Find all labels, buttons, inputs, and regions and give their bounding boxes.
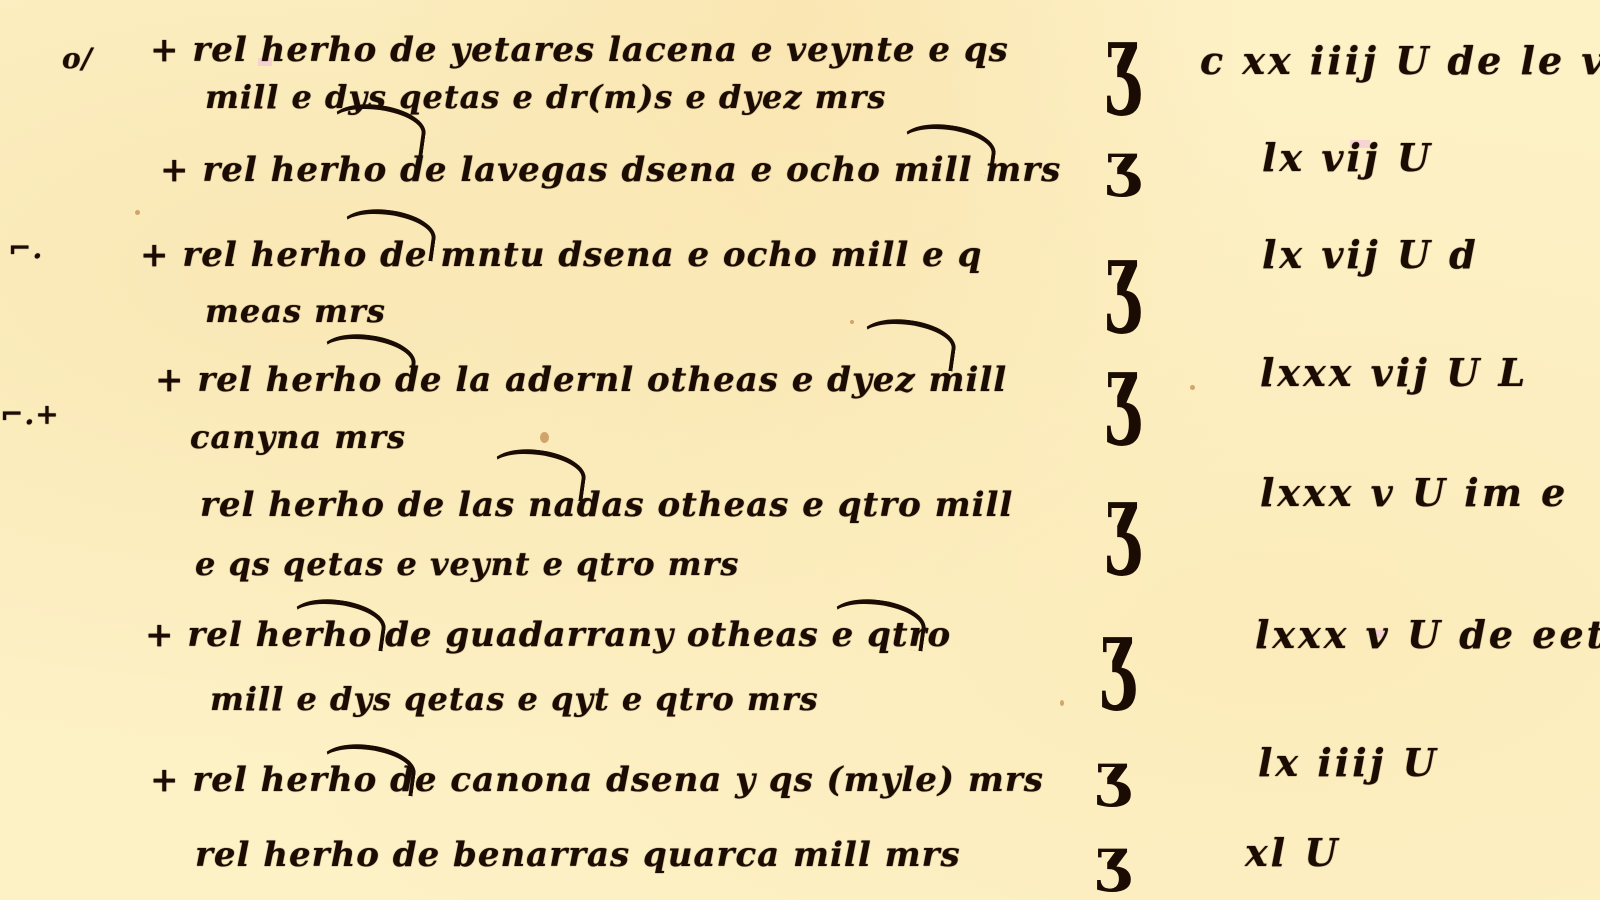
entry-amount: lx iiij U — [1258, 740, 1439, 785]
entry-line: e qs qetas e veynt e qtro mrs — [195, 545, 739, 583]
entry-line: + rel herho de mntu dsena e ocho mill e … — [140, 235, 982, 275]
entry-amount: c xx iiij U de le v — [1200, 38, 1600, 83]
entry-amount: lx vij U d — [1262, 232, 1479, 277]
entry-amount: lxxx vij U L — [1260, 350, 1528, 395]
margin-note: ⌐.+ — [0, 398, 60, 431]
brace-mark: ʒ — [1100, 605, 1134, 707]
brace-mark: ʒ — [1105, 340, 1139, 442]
margin-note: o/ — [62, 42, 93, 75]
brace-mark: ʒ — [1105, 228, 1139, 330]
margin-note: ⌐. — [8, 232, 43, 265]
ink-speck — [135, 210, 140, 215]
entry-amount: lx vij U — [1262, 135, 1433, 180]
ink-speck — [1190, 385, 1195, 390]
entry-line: + rel herho de canona dsena y qs (myle) … — [150, 760, 1044, 800]
entry-line: + rel herho de yetares lacena e veynte e… — [150, 30, 1009, 70]
entry-amount: lxxx v U im e — [1260, 470, 1568, 515]
entry-line: mill e dys qetas e dr(m)s e dyez mrs — [205, 78, 886, 116]
ink-speck — [850, 320, 854, 324]
ink-speck — [540, 432, 549, 443]
entry-line: + rel herho de la adernl otheas e dyez m… — [155, 360, 1007, 400]
entry-line: mill e dys qetas e qyt e qtro mrs — [210, 680, 819, 718]
entry-line: meas mrs — [205, 292, 386, 330]
brace-mark: ʒ — [1105, 10, 1139, 112]
entry-amount: lxxx v U de eet — [1255, 612, 1600, 657]
entry-line: canyna mrs — [190, 418, 406, 456]
brace-mark: ʒ — [1105, 470, 1139, 572]
entry-line: rel herho de benarras quarca mill mrs — [195, 835, 961, 875]
brace-mark: ʒ — [1105, 135, 1139, 195]
brace-mark: ʒ — [1095, 745, 1129, 805]
manuscript-page: o/ ⌐. ⌐.+ + rel herho de yetares lacena … — [0, 0, 1600, 900]
entry-line: rel herho de las nadas otheas e qtro mil… — [200, 485, 1013, 525]
entry-amount: xl U — [1245, 830, 1340, 875]
brace-mark: ʒ — [1095, 830, 1129, 890]
ink-speck — [1060, 700, 1064, 706]
